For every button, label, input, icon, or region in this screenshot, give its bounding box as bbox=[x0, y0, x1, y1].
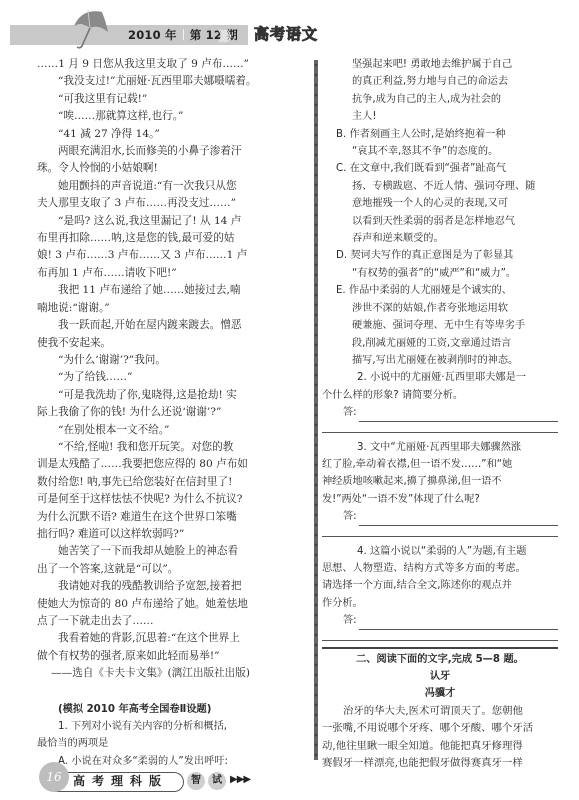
text-line: 夫人那里支取了 3 卢布……再没支过……” bbox=[37, 195, 295, 212]
text-line: ……1 月 9 日您从我这里支取了 9 卢布……” bbox=[37, 56, 295, 73]
option-d-cont: “有权势的强者”的“威严”和“威力”。 bbox=[336, 265, 558, 282]
badge-icon: 智 bbox=[187, 772, 205, 790]
page-number: 16 bbox=[39, 762, 69, 792]
answer-label: 答: bbox=[343, 612, 357, 629]
option-a-cont: 抗争,成为自己的主人,成为社会的 bbox=[336, 91, 558, 108]
text-line: 使她大为惊奇的 80 卢布递给了她。她羞怯地 bbox=[37, 596, 295, 613]
page-header: 2010 年第 12 期 》》》 高考语文 bbox=[0, 0, 579, 50]
story-line: 赛假牙一样漂亮,也能把假牙做得赛真牙一样 bbox=[322, 755, 558, 772]
question-4-cont: 作分析。 bbox=[322, 595, 558, 612]
question-3-cont: 红了脸,牵动着衣襟,但一语不发……”和“她 bbox=[322, 456, 558, 473]
story-line: 一张嘴,不用说哪个牙疼、哪个牙酸、哪个牙活 bbox=[322, 720, 558, 737]
text-line: “可我这里有记载!” bbox=[37, 91, 295, 108]
text-line: “不给,怪啦! 我和您开玩笑。对您的教 bbox=[37, 439, 295, 456]
option-c-cont: 意地摧残一个人的心灵的表现,又可 bbox=[336, 195, 558, 212]
question-2-cont: 个什么样的形象? 请简要分析。 bbox=[322, 387, 558, 404]
option-b: B. 作者刻画主人公时,是始终抱着一种 bbox=[336, 126, 558, 143]
story-author: 冯骥才 bbox=[322, 685, 558, 702]
text-line: 娘! 3 卢布……3 卢布……又 3 卢布……1 卢 bbox=[37, 247, 295, 264]
answer-field-3[interactable]: 答: bbox=[343, 508, 558, 525]
option-e-cont: 涉世不深的姑娘,作者夸张地运用软 bbox=[336, 300, 558, 317]
question-3: 3. 文中“尤丽娅·瓦西里耶夫娜骤然涨 bbox=[322, 439, 558, 456]
text-line: 点了一下就走出去了…… bbox=[37, 613, 295, 630]
option-c-cont: 扬、专横跋扈、不近人情、强词夺理、随 bbox=[336, 178, 558, 195]
text-line: “可是我洗劫了你,鬼晓得,这是抢劫! 实 bbox=[37, 387, 295, 404]
text-line: “41 减 27 净得 14。” bbox=[37, 126, 295, 143]
answer-field-2[interactable]: 答: bbox=[343, 404, 558, 421]
option-d: D. 契诃夫写作的真正意图是为了彰显其 bbox=[336, 247, 558, 264]
text-line: “为什么‘谢谢’?”我问。 bbox=[37, 352, 295, 369]
edition-label: 高考理科版 bbox=[73, 772, 168, 791]
text-line: 珠。令人怜悯的小姑娘啊! bbox=[37, 160, 295, 177]
text-line: 使我不安起来。 bbox=[37, 335, 295, 352]
text-line: “在别处根本一文不给。” bbox=[37, 422, 295, 439]
text-line: 做个有权势的强者,原来如此轻而易举!” bbox=[37, 648, 295, 665]
option-a-cont: 主人! bbox=[336, 108, 558, 125]
text-line: 拙行吗? 难道可以这样软弱吗?” bbox=[37, 526, 295, 543]
left-column: ……1 月 9 日您从我这里支取了 9 卢布……” “我没支过!”尤丽娅·瓦西里… bbox=[37, 56, 295, 770]
option-e-cont: 描写,写出尤丽娅在被剥削时的神态。 bbox=[336, 352, 558, 369]
column-divider bbox=[313, 60, 319, 760]
text-line: “我没支过!”尤丽娅·瓦西里耶夫娜嗫嚅着。 bbox=[37, 73, 295, 90]
option-e: E. 作品中柔弱的人尤丽娅是个诚实的、 bbox=[336, 282, 558, 299]
story-line: 治牙的华大夫,医术可谓顶天了。您朝他 bbox=[322, 703, 558, 720]
section-2-heading: 二、阅读下面的文字,完成 5—8 题。 bbox=[322, 651, 558, 668]
answer-line[interactable] bbox=[322, 526, 558, 537]
story-line: 动,他往里瞅一眼全知道。他能把真牙修理得 bbox=[322, 738, 558, 755]
text-line: 训是太残酷了……我要把您应得的 80 卢布如 bbox=[37, 456, 295, 473]
text-line: 我请她对我的残酷教训给予宽恕,接着把 bbox=[37, 578, 295, 595]
text-line: 出了一个答案,这就是“可以”。 bbox=[37, 561, 295, 578]
option-c-cont: 以看到天性柔弱的弱者是怎样地忍气 bbox=[336, 213, 558, 230]
text-line: 我一跃而起,开始在屋内踱来踱去。憎恶 bbox=[37, 317, 295, 334]
question-4-cont: 思想、人物塑造、结构方式等多方面的考虑。 bbox=[322, 560, 558, 577]
question-4-cont: 请选择一个方面,结合全文,陈述你的观点并 bbox=[322, 577, 558, 594]
text-line: 她用颤抖的声音说道:“有一次我只从您 bbox=[37, 178, 295, 195]
option-c-cont: 吞声和逆来顺受的。 bbox=[336, 230, 558, 247]
section-divider: 二、阅读下面的文字,完成 5—8 题。 bbox=[322, 647, 558, 668]
arrow-icons: ▶▶▶ bbox=[230, 774, 250, 785]
question-4: 4. 这篇小说以“柔弱的人”为题,有主题 bbox=[322, 543, 558, 560]
answer-line[interactable] bbox=[322, 630, 558, 641]
text-line: 两眼充满泪水,长而修美的小鼻子渗着汗 bbox=[37, 143, 295, 160]
text-line: 际上我偷了你的钱! 为什么还说‘谢谢’?” bbox=[37, 404, 295, 421]
text-line: “唉……那就算这样,也行。” bbox=[37, 108, 295, 125]
issue-year: 2010 年 bbox=[128, 28, 177, 42]
text-line: 我看着她的背影,沉思着:“在这个世界上 bbox=[37, 630, 295, 647]
option-b-cont: “哀其不幸,怒其不争”的态度的。 bbox=[336, 143, 558, 160]
text-line: 我把 11 卢布递给了她……她接过去,喃 bbox=[37, 282, 295, 299]
option-e-cont: 段,削减尤丽娅的工资,文章通过语言 bbox=[336, 335, 558, 352]
question-3-cont: 发!”两处“一语不发”体现了什么呢? bbox=[322, 491, 558, 508]
badge-icon: 试 bbox=[208, 772, 226, 790]
answer-label: 答: bbox=[343, 508, 357, 525]
question-1-cont: 最恰当的两项是 bbox=[37, 735, 295, 752]
question-2: 2. 小说中的尤丽娅·瓦西里耶夫娜是一 bbox=[322, 369, 558, 386]
chevron-icons: 》》》 bbox=[218, 26, 235, 45]
text-line: 布里再扣除……呐,这是您的钱,最可爱的姑 bbox=[37, 230, 295, 247]
option-a-cont: 坚强起来吧! 勇敢地去维护属于自己 bbox=[336, 56, 558, 73]
answer-line[interactable] bbox=[322, 422, 558, 433]
question-3-cont: 神经质地咳嗽起来,擤了擤鼻涕,但一语不 bbox=[322, 473, 558, 490]
answer-label: 答: bbox=[343, 404, 357, 421]
option-a-cont: 的真正利益,努力地与自己的命运去 bbox=[336, 73, 558, 90]
text-line: 她苦笑了一下而我却从她脸上的神态看 bbox=[37, 543, 295, 560]
page-footer: 16 高考理科版 智 试 ▶▶▶ bbox=[35, 762, 295, 796]
source-citation: ——选自《卡夫卡文集》(漓江出版社出版) bbox=[37, 665, 295, 682]
text-line: “是吗? 这么说,我这里漏记了! 从 14 卢 bbox=[37, 213, 295, 230]
text-line: 数付给您! 呐,事先已给您装好在信封里了! bbox=[37, 474, 295, 491]
text-line: 为什么沉默不语? 难道生在这个世界口笨嘴 bbox=[37, 509, 295, 526]
text-line: 可是何至于这样怯怯不快呢? 为什么不抗议? bbox=[37, 491, 295, 508]
question-1: 1. 下列对小说有关内容的分析和概括, bbox=[37, 718, 295, 735]
text-line: “为了给钱……” bbox=[37, 369, 295, 386]
option-c: C. 在文章中,我们既看到“强者”趾高气 bbox=[336, 160, 558, 177]
option-e-cont: 硬兼施、强词夺理、无中生有等卑劣手 bbox=[336, 317, 558, 334]
umbrella-icon bbox=[68, 6, 112, 50]
text-line: 布再加 1 卢布……请收下吧!” bbox=[37, 265, 295, 282]
exam-source-note: (模拟 2010 年高考全国卷Ⅱ设题) bbox=[37, 701, 295, 718]
right-column: 坚强起来吧! 勇敢地去维护属于自己 的真正利益,努力地与自己的命运去 抗争,成为… bbox=[336, 56, 558, 772]
text-line: 喃地说:“谢谢。” bbox=[37, 300, 295, 317]
journal-title: 高考语文 bbox=[254, 23, 318, 44]
answer-field-4[interactable]: 答: bbox=[343, 612, 558, 629]
story-title: 认牙 bbox=[322, 668, 558, 685]
